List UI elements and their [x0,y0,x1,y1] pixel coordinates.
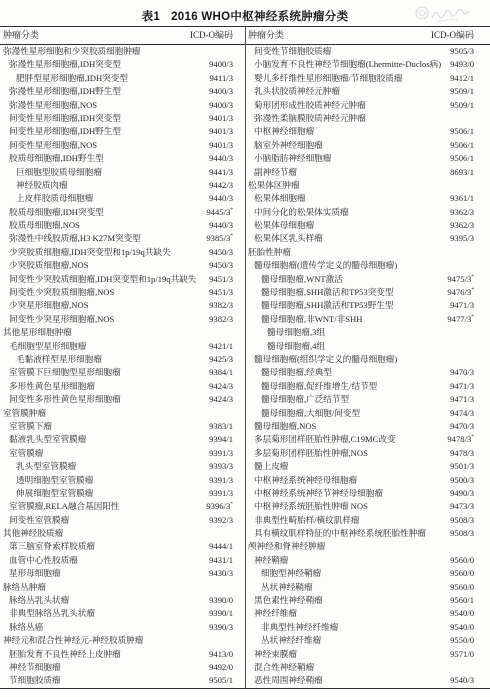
tumor-classification-cell: 髓母细胞瘤,大细胞/间变型 [245,407,360,421]
table-row: 副神经节瘤8693/1 [245,166,490,179]
icdo-code-cell: 9400/3 [209,58,233,72]
tumor-classification-cell: 非典型脉络丛乳头状瘤 [0,607,95,621]
icdo-code-cell: 9401/3 [209,139,233,153]
table-row: 丛状神经纤维瘤9550/0 [245,634,490,647]
icdo-code-cell: 9540/0 [450,621,474,635]
tumor-classification-cell: 髓母细胞瘤,SHH激活和TP53突变型 [245,286,394,300]
table-row: 髓母细胞瘤,SHH激活和TP53野生型9471/3 [245,299,490,312]
table-row: 髓母细胞瘤,促纤维增生/结节型9471/3 [245,380,490,393]
table-row: 间变性少突胶质细胞瘤,IDH突变型和1p/19q共缺失9451/3 [0,273,245,286]
tumor-classification-cell: 恶性周围神经鞘瘤 [245,674,323,688]
table-row: 髓母细胞瘤,SHH激活和TP53突变型9476/3* [245,286,490,299]
table-caption: 表12016 WHO中枢神经系统肿瘤分类 [0,8,490,24]
table-row: 中枢神经系统神经节神经母细胞瘤9490/3 [245,487,490,500]
tumor-classification-cell: 间变性星形细胞瘤,IDH突变型 [0,112,121,126]
table-row: 细胞型神经鞘瘤9560/0 [245,567,490,580]
table-row: 松果体区肿瘤 [245,179,490,192]
table-row: 神经胶质肉瘤9442/3 [0,179,245,192]
table-row: 室管膜下巨细胞型星形细胞瘤9384/1 [0,366,245,379]
icdo-code-cell: 9391/3 [209,447,233,461]
table-row: 间变性少突星形细胞瘤,NOS9382/3 [0,313,245,326]
tumor-classification-cell: 室管膜下瘤 [0,420,52,434]
icdo-code-cell: 9560/0 [450,581,474,595]
tumor-classification-cell: 混合性神经鞘瘤 [245,661,314,675]
tumor-classification-cell: 弥漫性星形细胞瘤,NOS [0,99,97,113]
icdo-code-cell: 9394/1 [209,433,233,447]
table-row: 胶质母细胞瘤,NOS9440/3 [0,219,245,232]
table-row: 髓母细胞瘤,NOS9470/3 [245,420,490,433]
icdo-code-cell: 9501/3 [450,460,474,474]
icdo-code-cell: 9401/3 [209,125,233,139]
tumor-classification-cell: 脉络丛肿瘤 [0,581,46,595]
tumor-classification-cell: 髓母细胞瘤,SHH激活和TP53野生型 [245,299,394,313]
tumor-classification-cell: 小脑发育不良性神经节细胞瘤(Lhermitte-Duclos病) [245,58,441,72]
tumor-classification-cell: 室管膜下巨细胞型星形细胞瘤 [0,366,121,380]
icdo-code-cell: 9451/3 [209,273,233,287]
icdo-code-cell: 9471/3 [450,299,474,313]
icdo-code-cell: 9441/3 [209,166,233,180]
table-row: 脉络丛癌9390/3 [0,621,245,634]
tumor-classification-cell: 星形母细胞瘤 [0,567,61,581]
icdo-code-cell: 9506/1 [450,152,474,166]
table-row: 胶质母细胞瘤,IDH野生型9440/3 [0,152,245,165]
table-row: 弥漫性星形细胞瘤,NOS9400/3 [0,99,245,112]
table-row: 颅神经和脊神经肿瘤 [245,540,490,553]
icdo-code-cell: 9400/3 [209,99,233,113]
icdo-code-cell: 9505/1 [209,674,233,688]
table-column-left: 弥漫性星形细胞和少突胶质细胞肿瘤弥漫性星形细胞瘤,IDH突变型9400/3肥胖型… [0,45,245,688]
table-row: 中枢神经系统神经母细胞瘤9500/3 [245,474,490,487]
tumor-classification-cell: 节细胞胶质瘤 [0,674,61,688]
table-row: 非典型脉络丛乳头状瘤9390/1 [0,607,245,620]
icdo-code-cell: 9473/3 [450,500,474,514]
table-row: 间变性星形细胞瘤,IDH突变型9401/3 [0,112,245,125]
icdo-code-cell: 9424/3 [209,393,233,407]
table-row: 脉络丛肿瘤 [0,581,245,594]
tumor-classification-cell: 婴儿多纤维性星形细胞瘤/节细胞胶质瘤 [245,72,402,86]
tumor-classification-cell: 中枢神经细胞瘤 [245,125,314,139]
icdo-code-cell: 9493/0 [450,58,474,72]
tumor-classification-cell: 其他神经胶质瘤 [0,527,63,541]
classification-table: 肿瘤分类 ICD-O编码 肿瘤分类 ICD-O编码 弥漫性星形细胞和少突胶质细胞… [0,26,490,689]
tumor-classification-cell: 脉络丛癌 [0,621,43,635]
tumor-classification-cell: 丛状神经鞘瘤 [245,581,313,595]
table-row: 肥胖型星形细胞瘤,IDH突变型9411/3 [0,72,245,85]
table-number: 表1 [142,11,161,23]
tumor-classification-cell: 肥胖型星形细胞瘤,IDH突变型 [0,72,128,86]
table-row: 弥漫性柔脑膜胶质神经元肿瘤 [245,112,490,125]
tumor-classification-cell: 室管膜瘤 [0,447,43,461]
icdo-code-cell: 9478/3* [447,433,474,447]
table-row: 多层菊形团样胚胎性肿瘤,NOS9478/3 [245,447,490,460]
icdo-code-cell: 9540/3 [450,674,474,688]
table-row: 神经元和混合性神经元-神经胶质肿瘤 [0,634,245,647]
tumor-classification-cell: 弥漫性柔脑膜胶质神经元肿瘤 [245,112,366,126]
tumor-classification-cell: 少突胶质细胞瘤,NOS [0,259,89,273]
tumor-classification-cell: 黑色素性神经鞘瘤 [245,594,323,608]
icdo-code-cell: 9431/1 [209,554,233,568]
table-row: 中枢神经系统胚胎性肿瘤 NOS9473/3 [245,500,490,513]
icdo-code-cell: 9393/3 [209,460,233,474]
icdo-code-cell: 9382/3 [209,313,233,327]
icdo-code-cell: 9476/3* [447,286,474,300]
tumor-classification-cell: 松果体母细胞瘤 [245,219,314,233]
tumor-classification-cell: 非典型性神经纤维瘤 [245,621,338,635]
tumor-classification-cell: 脉络丛乳头状瘤 [0,594,69,608]
icdo-code-cell: 9509/1 [450,85,474,99]
tumor-classification-cell: 松果体细胞瘤 [245,192,306,206]
table-row: 上皮样胶质母细胞瘤9440/3 [0,192,245,205]
tumor-classification-cell: 髓母细胞瘤,NOS [245,420,316,434]
table-row: 弥漫性星形细胞瘤,IDH野生型9400/3 [0,85,245,98]
tumor-classification-cell: 少突星形细胞瘤,NOS [0,299,89,313]
icdo-code-cell: 9362/3 [450,219,474,233]
tumor-classification-cell: 弥漫性星形细胞和少突胶质细胞肿瘤 [0,45,141,59]
tumor-classification-cell: 髓母细胞瘤,4组 [245,340,325,354]
icdo-code-cell: 9450/3 [209,259,233,273]
table-row: 髓母细胞瘤,WNT激活9475/3* [245,273,490,286]
icdo-code-cell: 9540/0 [450,607,474,621]
table-row: 室管膜瘤9391/3 [0,447,245,460]
tumor-classification-cell: 乳头型室管膜瘤 [0,460,76,474]
tumor-classification-cell: 毛细胞型星形细胞瘤 [0,340,86,354]
tumor-classification-cell: 菊形团形成性胶质神经元肿瘤 [245,99,366,113]
table-row: 黏液乳头型室管膜瘤9394/1 [0,433,245,446]
table-row: 弥漫性星形细胞瘤,IDH突变型9400/3 [0,58,245,71]
icdo-code-cell: 9413/0 [209,648,233,662]
tumor-classification-cell: 髓母细胞瘤,3组 [245,326,325,340]
table-row: 混合性神经鞘瘤 [245,661,490,674]
table-body: 弥漫性星形细胞和少突胶质细胞肿瘤弥漫性星形细胞瘤,IDH突变型9400/3肥胖型… [0,45,490,689]
icdo-code-cell: 9470/3 [450,366,474,380]
table-row: 室管膜瘤,RELA融合基因阳性9396/3* [0,500,245,513]
table-row: 中枢神经细胞瘤9506/1 [245,125,490,138]
tumor-classification-cell: 胚胎性肿瘤 [245,246,291,260]
table-row: 透明细胞型室管膜瘤9391/3 [0,474,245,487]
table-title: 2016 WHO中枢神经系统肿瘤分类 [171,11,348,23]
tumor-classification-cell: 松果体区肿瘤 [245,179,300,193]
table-row: 少突胶质细胞瘤,IDH突变型和1p/19q共缺失9450/3 [0,246,245,259]
table-row: 具有横纹肌样特征的中枢神经系统胚胎性肿瘤9508/3 [245,527,490,540]
table-row: 胚胎发育不良性神经上皮肿瘤9413/0 [0,648,245,661]
table-row: 胚胎性肿瘤 [245,246,490,259]
icdo-code-cell: 9400/3 [209,85,233,99]
table-row: 间变性星形细胞瘤,IDH野生型9401/3 [0,125,245,138]
table-row: 髓母细胞瘤(遗传学定义的髓母细胞瘤) [245,259,490,272]
icdo-code-cell: 9412/1 [450,72,474,86]
table-row: 丛状神经鞘瘤9560/0 [245,581,490,594]
icdo-code-cell: 9430/3 [209,567,233,581]
tumor-classification-cell: 髓上皮瘤 [245,460,288,474]
column-header-code-left: ICD-O编码 [190,27,233,44]
table-row: 乳头状胶质神经元肿瘤9509/1 [245,85,490,98]
table-row: 少突胶质细胞瘤,NOS9450/3 [0,259,245,272]
icdo-code-cell: 9384/1 [209,366,233,380]
icdo-code-cell: 9395/3 [450,232,474,246]
tumor-classification-cell: 第三脑室脊索样胶质瘤 [0,540,95,554]
table-row: 其他星形细胞肿瘤 [0,326,245,339]
tumor-classification-cell: 中枢神经系统神经母细胞瘤 [245,474,357,488]
tumor-classification-cell: 神经束膜瘤 [245,648,297,662]
tumor-classification-cell: 非典型性畸胎样/横纹肌样瘤 [245,514,360,528]
icdo-code-cell: 9362/3 [450,206,474,220]
table-row: 髓母细胞瘤,4组 [245,340,490,353]
tumor-classification-cell: 多层菊形团样胚胎性肿瘤,C19MC改变 [245,433,396,447]
table-row: 神经节细胞瘤9492/0 [0,661,245,674]
icdo-code-cell: 9500/3 [450,474,474,488]
table-row: 室管膜下瘤9383/1 [0,420,245,433]
icdo-code-cell: 9442/3 [209,179,233,193]
table-column-right: 间变性节细胞胶质瘤9505/3小脑发育不良性神经节细胞瘤(Lhermitte-D… [245,45,490,688]
icdo-code-cell: 9475/3* [447,273,474,287]
tumor-classification-cell: 髓母细胞瘤(遗传学定义的髓母细胞瘤) [245,259,397,273]
table-row: 神经束膜瘤9571/0 [245,648,490,661]
icdo-code-cell: 9383/1 [209,420,233,434]
tumor-classification-cell: 间变性星形细胞瘤,IDH野生型 [0,125,121,139]
table-row: 松果体母细胞瘤9362/3 [245,219,490,232]
tumor-classification-cell: 间变性少突胶质细胞瘤,IDH突变型和1p/19q共缺失 [0,273,196,287]
tumor-classification-cell: 中枢神经系统神经节神经母细胞瘤 [245,487,383,501]
tumor-classification-cell: 间变性节细胞胶质瘤 [245,45,331,59]
tumor-classification-cell: 上皮样胶质母细胞瘤 [0,192,93,206]
table-row: 伸展细胞型室管膜瘤9391/3 [0,487,245,500]
icdo-code-cell: 9392/3 [209,514,233,528]
header-left-half: 肿瘤分类 ICD-O编码 [0,27,245,44]
table-row: 弥漫性星形细胞和少突胶质细胞肿瘤 [0,45,245,58]
table-row: 髓母细胞瘤,非WNT/非SHH9477/3* [245,313,490,326]
icdo-code-cell: 9477/3* [447,313,474,327]
tumor-classification-cell: 神经胶质肉瘤 [0,179,68,193]
tumor-classification-cell: 胚胎发育不良性神经上皮肿瘤 [0,648,121,662]
table-row: 髓母细胞瘤,3组 [245,326,490,339]
icdo-code-cell: 9478/3 [450,447,474,461]
tumor-classification-cell: 多层菊形团样胚胎性肿瘤,NOS [245,447,368,461]
tumor-classification-cell: 间变性多形性黄色星形细胞瘤 [0,393,121,407]
table-row: 间变性少突胶质细胞瘤,NOS9451/3 [0,286,245,299]
icdo-code-cell: 9509/1 [450,99,474,113]
tumor-classification-cell: 神经纤维瘤 [245,607,297,621]
column-header-code-right: ICD-O编码 [431,27,474,44]
icdo-code-cell: 9474/3 [450,407,474,421]
icdo-code-cell: 9440/3 [209,192,233,206]
icdo-code-cell: 9440/3 [209,219,233,233]
tumor-classification-cell: 细胞型神经鞘瘤 [245,567,321,581]
table-row: 乳头型室管膜瘤9393/3 [0,460,245,473]
icdo-code-cell: 9492/0 [209,661,233,675]
icdo-code-cell: 9440/3 [209,152,233,166]
table-row: 恶性周围神经鞘瘤9540/3 [245,674,490,687]
tumor-classification-cell: 胶质母细胞瘤,NOS [0,219,80,233]
tumor-classification-cell: 乳头状胶质神经元肿瘤 [245,85,340,99]
icdo-code-cell: 9425/3 [209,353,233,367]
tumor-classification-cell: 室管膜瘤,RELA融合基因阳性 [0,500,120,514]
column-divider-rule [245,26,246,688]
icdo-code-cell: 9560/0 [450,554,474,568]
table-row: 少突星形细胞瘤,NOS9382/3 [0,299,245,312]
tumor-classification-cell: 间变性室管膜瘤 [0,514,69,528]
table-row: 间变性室管膜瘤9392/3 [0,514,245,527]
tumor-classification-cell: 丛状神经纤维瘤 [245,634,321,648]
icdo-code-cell: 9550/0 [450,634,474,648]
icdo-code-cell: 9361/1 [450,192,474,206]
icdo-code-cell: 9490/3 [450,487,474,501]
tumor-classification-cell: 神经元和混合性神经元-神经胶质肿瘤 [0,634,143,648]
tumor-classification-cell: 具有横纹肌样特征的中枢神经系统胚胎性肿瘤 [245,527,426,541]
tumor-classification-cell: 多形性黄色星形细胞瘤 [0,380,95,394]
table-row: 脉络丛乳头状瘤9390/0 [0,594,245,607]
table-row: 巨细胞型胶质母细胞瘤9441/3 [0,166,245,179]
tumor-classification-cell: 血管中心性胶质瘤 [0,554,78,568]
tumor-classification-cell: 黏液乳头型室管膜瘤 [0,433,86,447]
table-row: 间变性节细胞胶质瘤9505/3 [245,45,490,58]
tumor-classification-cell: 少突胶质细胞瘤,IDH突变型和1p/19q共缺失 [0,246,171,260]
table-row: 间变性星形细胞瘤,NOS9401/3 [0,139,245,152]
table-row: 其他神经胶质瘤 [0,527,245,540]
icdo-code-cell: 9471/3 [450,380,474,394]
table-row: 中间分化的松果体实质瘤9362/3 [245,206,490,219]
tumor-classification-cell: 小脑脂肪神经细胞瘤 [245,152,331,166]
tumor-classification-cell: 中间分化的松果体实质瘤 [245,206,349,220]
icdo-code-cell: 9571/0 [450,648,474,662]
tumor-classification-cell: 髓母细胞瘤,非WNT/非SHH [245,313,362,327]
table-row: 非典型性畸胎样/横纹肌样瘤9508/3 [245,514,490,527]
tumor-classification-cell: 髓母细胞瘤,WNT激活 [245,273,343,287]
tumor-classification-cell: 胶质母细胞瘤,IDH野生型 [0,152,104,166]
table-row: 松果体区乳头样瘤9395/3 [245,232,490,245]
table-row: 婴儿多纤维性星形细胞瘤/节细胞胶质瘤9412/1 [245,72,490,85]
table-row: 髓母细胞瘤,大细胞/间变型9474/3 [245,407,490,420]
tumor-classification-cell: 毛黏液样型星形细胞瘤 [0,353,102,367]
table-row: 菊形团形成性胶质神经元肿瘤9509/1 [245,99,490,112]
table-row: 胶质母细胞瘤,IDH突变型9445/3* [0,206,245,219]
icdo-code-cell: 9444/1 [209,540,233,554]
icdo-code-cell: 9560/0 [450,567,474,581]
tumor-classification-cell: 胶质母细胞瘤,IDH突变型 [0,206,104,220]
table-row: 节细胞胶质瘤9505/1 [0,674,245,687]
table-row: 髓母细胞瘤,经典型9470/3 [245,366,490,379]
icdo-code-cell: 9421/1 [209,340,233,354]
table-row: 间变性多形性黄色星形细胞瘤9424/3 [0,393,245,406]
icdo-code-cell: 9451/3 [209,286,233,300]
icdo-code-cell: 9450/3 [209,246,233,260]
table-row: 髓母细胞瘤(组织学定义的髓母细胞瘤) [245,353,490,366]
tumor-classification-cell: 副神经节瘤 [245,166,297,180]
tumor-classification-cell: 室管膜肿瘤 [0,407,46,421]
icdo-code-cell: 9390/0 [209,594,233,608]
table-row: 星形母细胞瘤9430/3 [0,567,245,580]
journal-table-page: 表12016 WHO中枢神经系统肿瘤分类 肿瘤分类 ICD-O编码 肿瘤分类 I… [0,0,490,697]
icdo-code-cell: 9506/1 [450,139,474,153]
tumor-classification-cell: 髓母细胞瘤(组织学定义的髓母细胞瘤) [245,353,397,367]
column-header-classification-left: 肿瘤分类 [3,27,39,44]
table-row: 室管膜肿瘤 [0,407,245,420]
icdo-code-cell: 9411/3 [209,72,233,86]
tumor-classification-cell: 髓母细胞瘤,促纤维增生/结节型 [245,380,377,394]
table-row: 多层菊形团样胚胎性肿瘤,C19MC改变9478/3* [245,433,490,446]
table-row: 毛黏液样型星形细胞瘤9425/3 [0,353,245,366]
tumor-classification-cell: 颅神经和脊神经肿瘤 [245,540,325,554]
icdo-code-cell: 9505/3 [450,45,474,59]
tumor-classification-cell: 巨细胞型胶质母细胞瘤 [0,166,102,180]
table-row: 髓母细胞瘤,广泛结节型9471/3 [245,393,490,406]
tumor-classification-cell: 神经节细胞瘤 [0,661,61,675]
header-right-half: 肿瘤分类 ICD-O编码 [245,27,490,44]
tumor-classification-cell: 透明细胞型室管膜瘤 [0,474,93,488]
icdo-code-cell: 9385/3* [206,232,233,246]
icdo-code-cell: 9471/3 [450,393,474,407]
tumor-classification-cell: 弥漫性星形细胞瘤,IDH突变型 [0,58,121,72]
table-row: 弥漫性中线胶质瘤,H3 K27M突变型9385/3* [0,232,245,245]
tumor-classification-cell: 中枢神经系统胚胎性肿瘤 NOS [245,500,368,514]
icdo-code-cell: 9470/3 [450,420,474,434]
table-row: 脑室外神经细胞瘤9506/1 [245,139,490,152]
icdo-code-cell: 9508/3 [450,527,474,541]
column-header-classification-right: 肿瘤分类 [248,27,284,44]
table-row: 第三脑室脊索样胶质瘤9444/1 [0,540,245,553]
icdo-code-cell: 9445/3* [206,206,233,220]
table-row: 非典型性神经纤维瘤9540/0 [245,621,490,634]
tumor-classification-cell: 伸展细胞型室管膜瘤 [0,487,93,501]
tumor-classification-cell: 弥漫性中线胶质瘤,H3 K27M突变型 [0,232,141,246]
icdo-code-cell: 9424/3 [209,380,233,394]
table-row: 血管中心性胶质瘤9431/1 [0,554,245,567]
icdo-code-cell: 9396/3* [206,500,233,514]
icdo-code-cell: 9390/1 [209,607,233,621]
tumor-classification-cell: 间变性星形细胞瘤,NOS [0,139,97,153]
icdo-code-cell: 9391/3 [209,474,233,488]
icdo-code-cell: 9382/3 [209,299,233,313]
table-row: 毛细胞型星形细胞瘤9421/1 [0,340,245,353]
tumor-classification-cell: 松果体区乳头样瘤 [245,232,323,246]
tumor-classification-cell: 脑室外神经细胞瘤 [245,139,323,153]
table-row: 小脑脂肪神经细胞瘤9506/1 [245,152,490,165]
tumor-classification-cell: 髓母细胞瘤,经典型 [245,366,332,380]
table-row: 髓上皮瘤9501/3 [245,460,490,473]
tumor-classification-cell: 间变性少突胶质细胞瘤,NOS [0,286,114,300]
table-row: 黑色素性神经鞘瘤9560/1 [245,594,490,607]
icdo-code-cell: 9391/3 [209,487,233,501]
table-row: 多形性黄色星形细胞瘤9424/3 [0,380,245,393]
icdo-code-cell: 9560/1 [450,594,474,608]
tumor-classification-cell: 神经鞘瘤 [245,554,288,568]
icdo-code-cell: 9506/1 [450,125,474,139]
tumor-classification-cell: 间变性少突星形细胞瘤,NOS [0,313,114,327]
table-row: 小脑发育不良性神经节细胞瘤(Lhermitte-Duclos病)9493/0 [245,58,490,71]
table-row: 神经纤维瘤9540/0 [245,607,490,620]
table-row: 松果体细胞瘤9361/1 [245,192,490,205]
icdo-code-cell: 9401/3 [209,112,233,126]
tumor-classification-cell: 弥漫性星形细胞瘤,IDH野生型 [0,85,121,99]
tumor-classification-cell: 其他星形细胞肿瘤 [0,326,72,340]
icdo-code-cell: 8693/1 [450,166,474,180]
icdo-code-cell: 9508/3 [450,514,474,528]
tumor-classification-cell: 髓母细胞瘤,广泛结节型 [245,393,349,407]
table-row: 神经鞘瘤9560/0 [245,554,490,567]
icdo-code-cell: 9390/3 [209,621,233,635]
